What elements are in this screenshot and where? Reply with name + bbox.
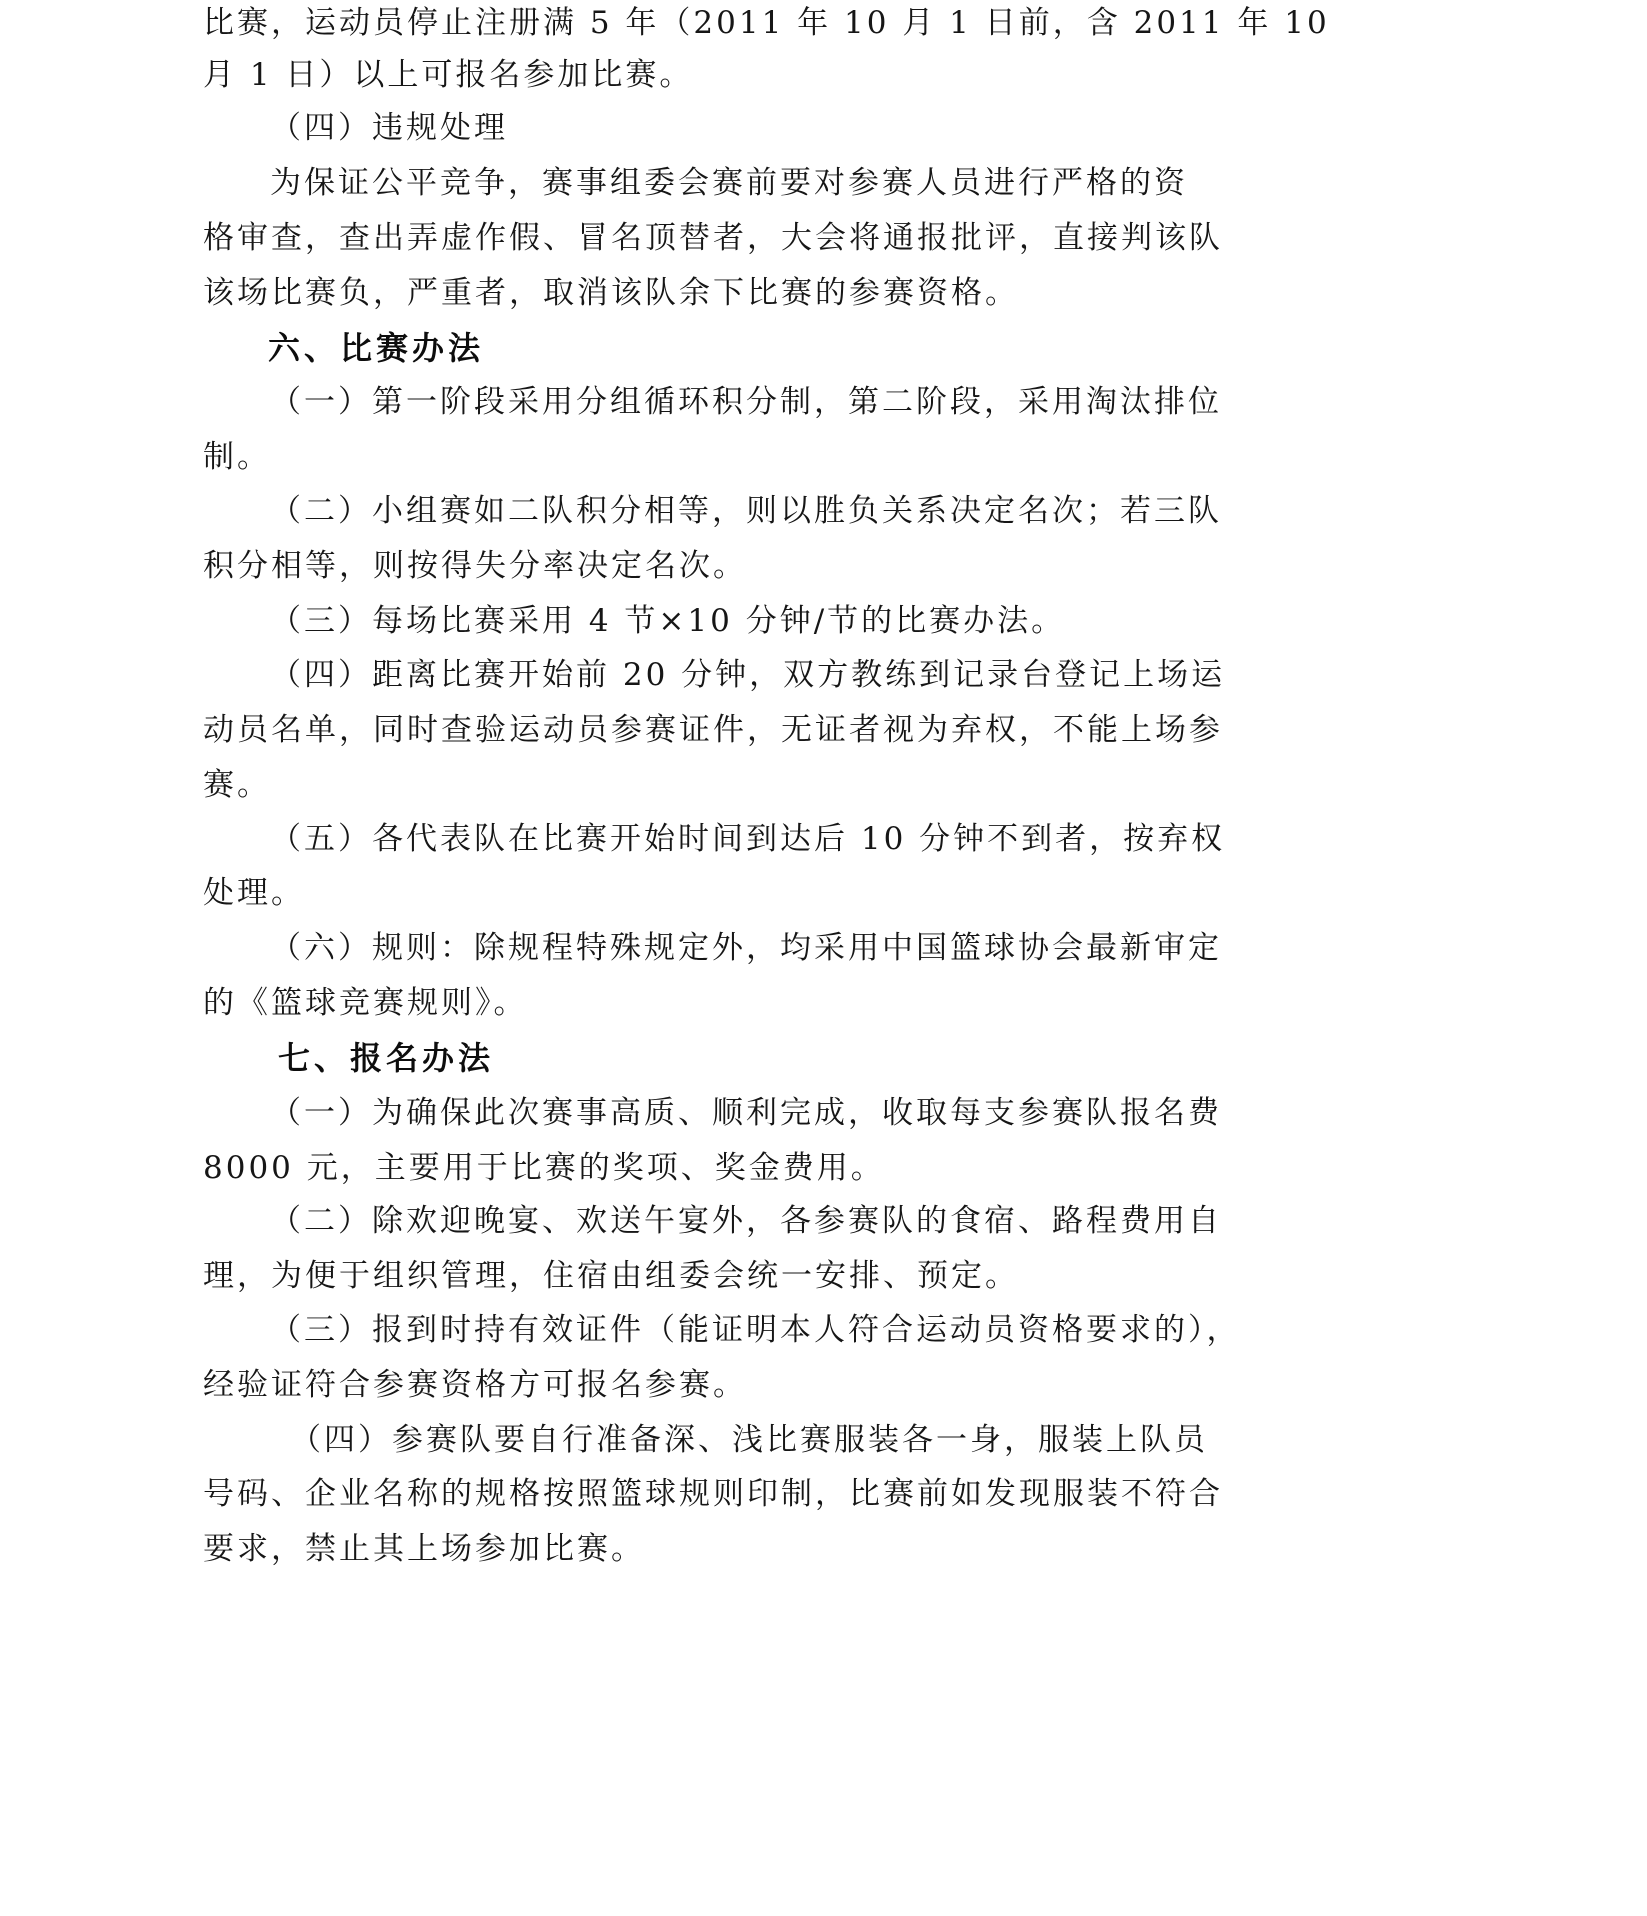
registration-item-1-line-2: 8000 元，主要用于比赛的奖项、奖金费用。 (203, 1148, 1148, 1188)
registration-item-4-line-1: （四）参赛队要自行准备深、浅比赛服装各一身，服装上队员 (290, 1420, 1148, 1460)
registration-item-4-line-3: 要求，禁止其上场参加比赛。 (203, 1529, 1148, 1569)
section-heading-registration-method: 七、报名办法 (278, 1038, 494, 1078)
section-heading-competition-method: 六、比赛办法 (268, 328, 484, 368)
eligibility-text-line-2: 月 1 日）以上可报名参加比赛。 (203, 55, 1148, 95)
method-item-4-line-2: 动员名单，同时查验运动员参赛证件，无证者视为弃权，不能上场参 (203, 710, 1148, 750)
violation-text-line-3: 该场比赛负，严重者，取消该队余下比赛的参赛资格。 (203, 273, 1148, 313)
method-item-5-line-1: （五）各代表队在比赛开始时间到达后 10 分钟不到者，按弃权 (270, 819, 1148, 859)
method-item-1-line-2: 制。 (203, 437, 1148, 477)
method-item-2-line-2: 积分相等，则按得失分率决定名次。 (203, 546, 1148, 586)
registration-item-3-line-2: 经验证符合参赛资格方可报名参赛。 (203, 1365, 1148, 1405)
violation-text-line-2: 格审查，查出弄虚作假、冒名顶替者，大会将通报批评，直接判该队 (203, 218, 1148, 258)
method-item-4-line-3: 赛。 (203, 765, 1148, 805)
method-item-1-line-1: （一）第一阶段采用分组循环积分制，第二阶段，采用淘汰排位 (270, 382, 1148, 422)
registration-item-4-line-2: 号码、企业名称的规格按照篮球规则印制，比赛前如发现服装不符合 (203, 1474, 1148, 1514)
registration-item-2-line-1: （二）除欢迎晚宴、欢送午宴外，各参赛队的食宿、路程费用自 (270, 1201, 1148, 1241)
section-violation-heading: （四）违规处理 (270, 108, 1148, 148)
method-item-3: （三）每场比赛采用 4 节×10 分钟/节的比赛办法。 (270, 601, 1148, 641)
registration-item-2-line-2: 理，为便于组织管理，住宿由组委会统一安排、预定。 (203, 1256, 1148, 1296)
violation-text-line-1: 为保证公平竞争，赛事组委会赛前要对参赛人员进行严格的资 (270, 163, 1148, 203)
method-item-6-line-2: 的《篮球竞赛规则》。 (203, 983, 1148, 1023)
method-item-2-line-1: （二）小组赛如二队积分相等，则以胜负关系决定名次；若三队 (270, 491, 1148, 531)
registration-item-3-line-1: （三）报到时持有效证件（能证明本人符合运动员资格要求的）， (270, 1310, 1148, 1350)
registration-item-1-line-1: （一）为确保此次赛事高质、顺利完成，收取每支参赛队报名费 (270, 1093, 1148, 1133)
eligibility-text-line-1: 比赛，运动员停止注册满 5 年（2011 年 10 月 1 日前，含 2011 … (203, 3, 1148, 43)
method-item-4-line-1: （四）距离比赛开始前 20 分钟，双方教练到记录台登记上场运 (270, 655, 1148, 695)
method-item-5-line-2: 处理。 (203, 873, 1148, 913)
document-page: 比赛，运动员停止注册满 5 年（2011 年 10 月 1 日前，含 2011 … (0, 0, 1647, 1916)
method-item-6-line-1: （六）规则：除规程特殊规定外，均采用中国篮球协会最新审定 (270, 928, 1148, 968)
